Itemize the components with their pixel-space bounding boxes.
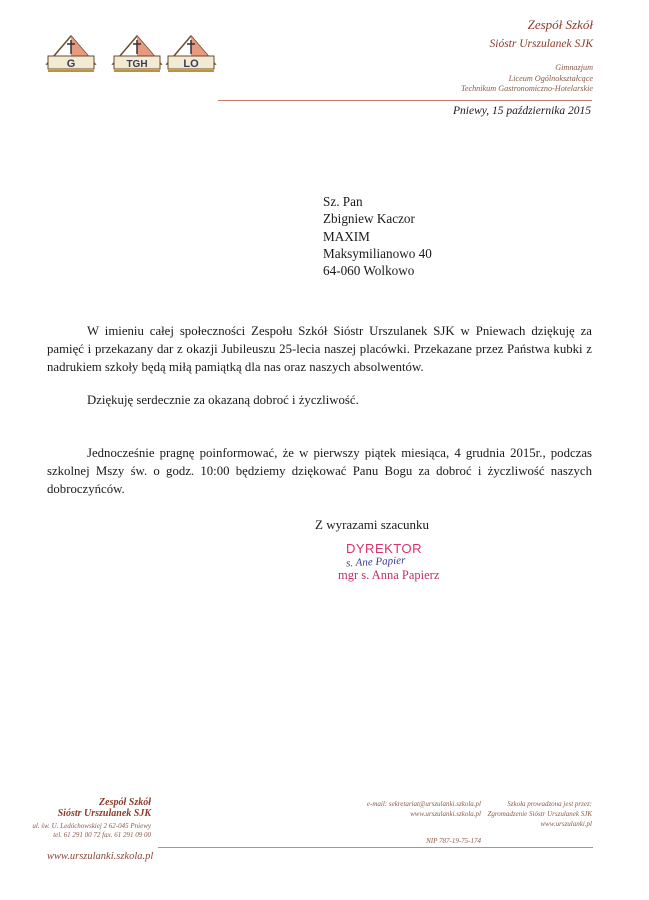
footer-phone: tel. 61 291 00 72 fax. 61 291 09 00: [32, 831, 151, 840]
stamp-title: DYREKTOR: [346, 541, 422, 556]
school-emblem-icon: TGH: [111, 34, 163, 74]
svg-text:LO: LO: [183, 58, 199, 70]
school-item: Technikum Gastronomiczno-Hotelarskie: [461, 84, 593, 95]
liceum-logo: LO: [165, 34, 217, 74]
addressee-line: 64-060 Wolkowo: [323, 262, 432, 279]
footer-contact: e-mail: sekretariat@urszulanki.szkola.pl…: [367, 799, 481, 819]
footer-email-link[interactable]: e-mail: sekretariat@urszulanki.szkola.pl: [367, 799, 481, 809]
footer-address: ul. św. U. Ledóchowskiej 2 62-045 Pniewy…: [32, 822, 151, 840]
footer-school-name-line2: Sióstr Urszulanek SJK: [58, 808, 151, 819]
school-name-line2: Sióstr Urszulanek SJK: [490, 38, 594, 50]
addressee-block: Sz. Pan Zbigniew Kaczor MAXIM Maksymilia…: [323, 193, 432, 279]
body-paragraph: Dziękuję serdecznie za okazaną dobroć i …: [47, 391, 592, 409]
school-item: Gimnazjum: [461, 63, 593, 74]
footer-nip: NIP 787-19-75-174: [426, 837, 481, 845]
footer-owner-web-link[interactable]: www.urszulanki.pl: [487, 819, 592, 829]
footer-school-name-line1: Zespół Szkół: [99, 797, 151, 808]
body-paragraph: Jednocześnie pragnę poinformować, że w p…: [47, 444, 592, 498]
school-list: Gimnazjum Liceum Ogólnokształcące Techni…: [461, 63, 593, 95]
header-divider: [218, 100, 592, 101]
footer-divider: [158, 847, 593, 848]
footer-owner-label: Szkoła prowadzona jest przez:: [487, 799, 592, 809]
letter-date: Pniewy, 15 października 2015: [453, 105, 591, 117]
school-emblem-icon: LO: [165, 34, 217, 74]
svg-text:G: G: [67, 58, 76, 70]
stamp-name: mgr s. Anna Papierz: [338, 568, 439, 583]
footer-street: ul. św. U. Ledóchowskiej 2 62-045 Pniewy: [32, 822, 151, 831]
footer-owner-name: Zgromadzenie Sióstr Urszulanek SJK: [487, 809, 592, 819]
body-paragraph: W imieniu całej społeczności Zespołu Szk…: [47, 322, 592, 376]
addressee-line: Sz. Pan: [323, 193, 432, 210]
school-name-line1: Zespół Szkół: [528, 17, 593, 33]
school-emblem-icon: G: [45, 34, 97, 74]
svg-text:TGH: TGH: [126, 59, 147, 70]
footer-owner: Szkoła prowadzona jest przez: Zgromadzen…: [487, 799, 592, 829]
technikum-logo: TGH: [111, 34, 163, 74]
addressee-line: MAXIM: [323, 228, 432, 245]
closing-phrase: Z wyrazami szacunku: [315, 517, 429, 533]
addressee-line: Maksymilianowo 40: [323, 245, 432, 262]
footer-bottom-website-link[interactable]: www.urszulanki.szkola.pl: [47, 851, 153, 862]
school-item: Liceum Ogólnokształcące: [461, 74, 593, 85]
addressee-line: Zbigniew Kaczor: [323, 210, 432, 227]
footer-website-link[interactable]: www.urszulanki.szkola.pl: [367, 809, 481, 819]
gimnazjum-logo: G: [45, 34, 97, 74]
